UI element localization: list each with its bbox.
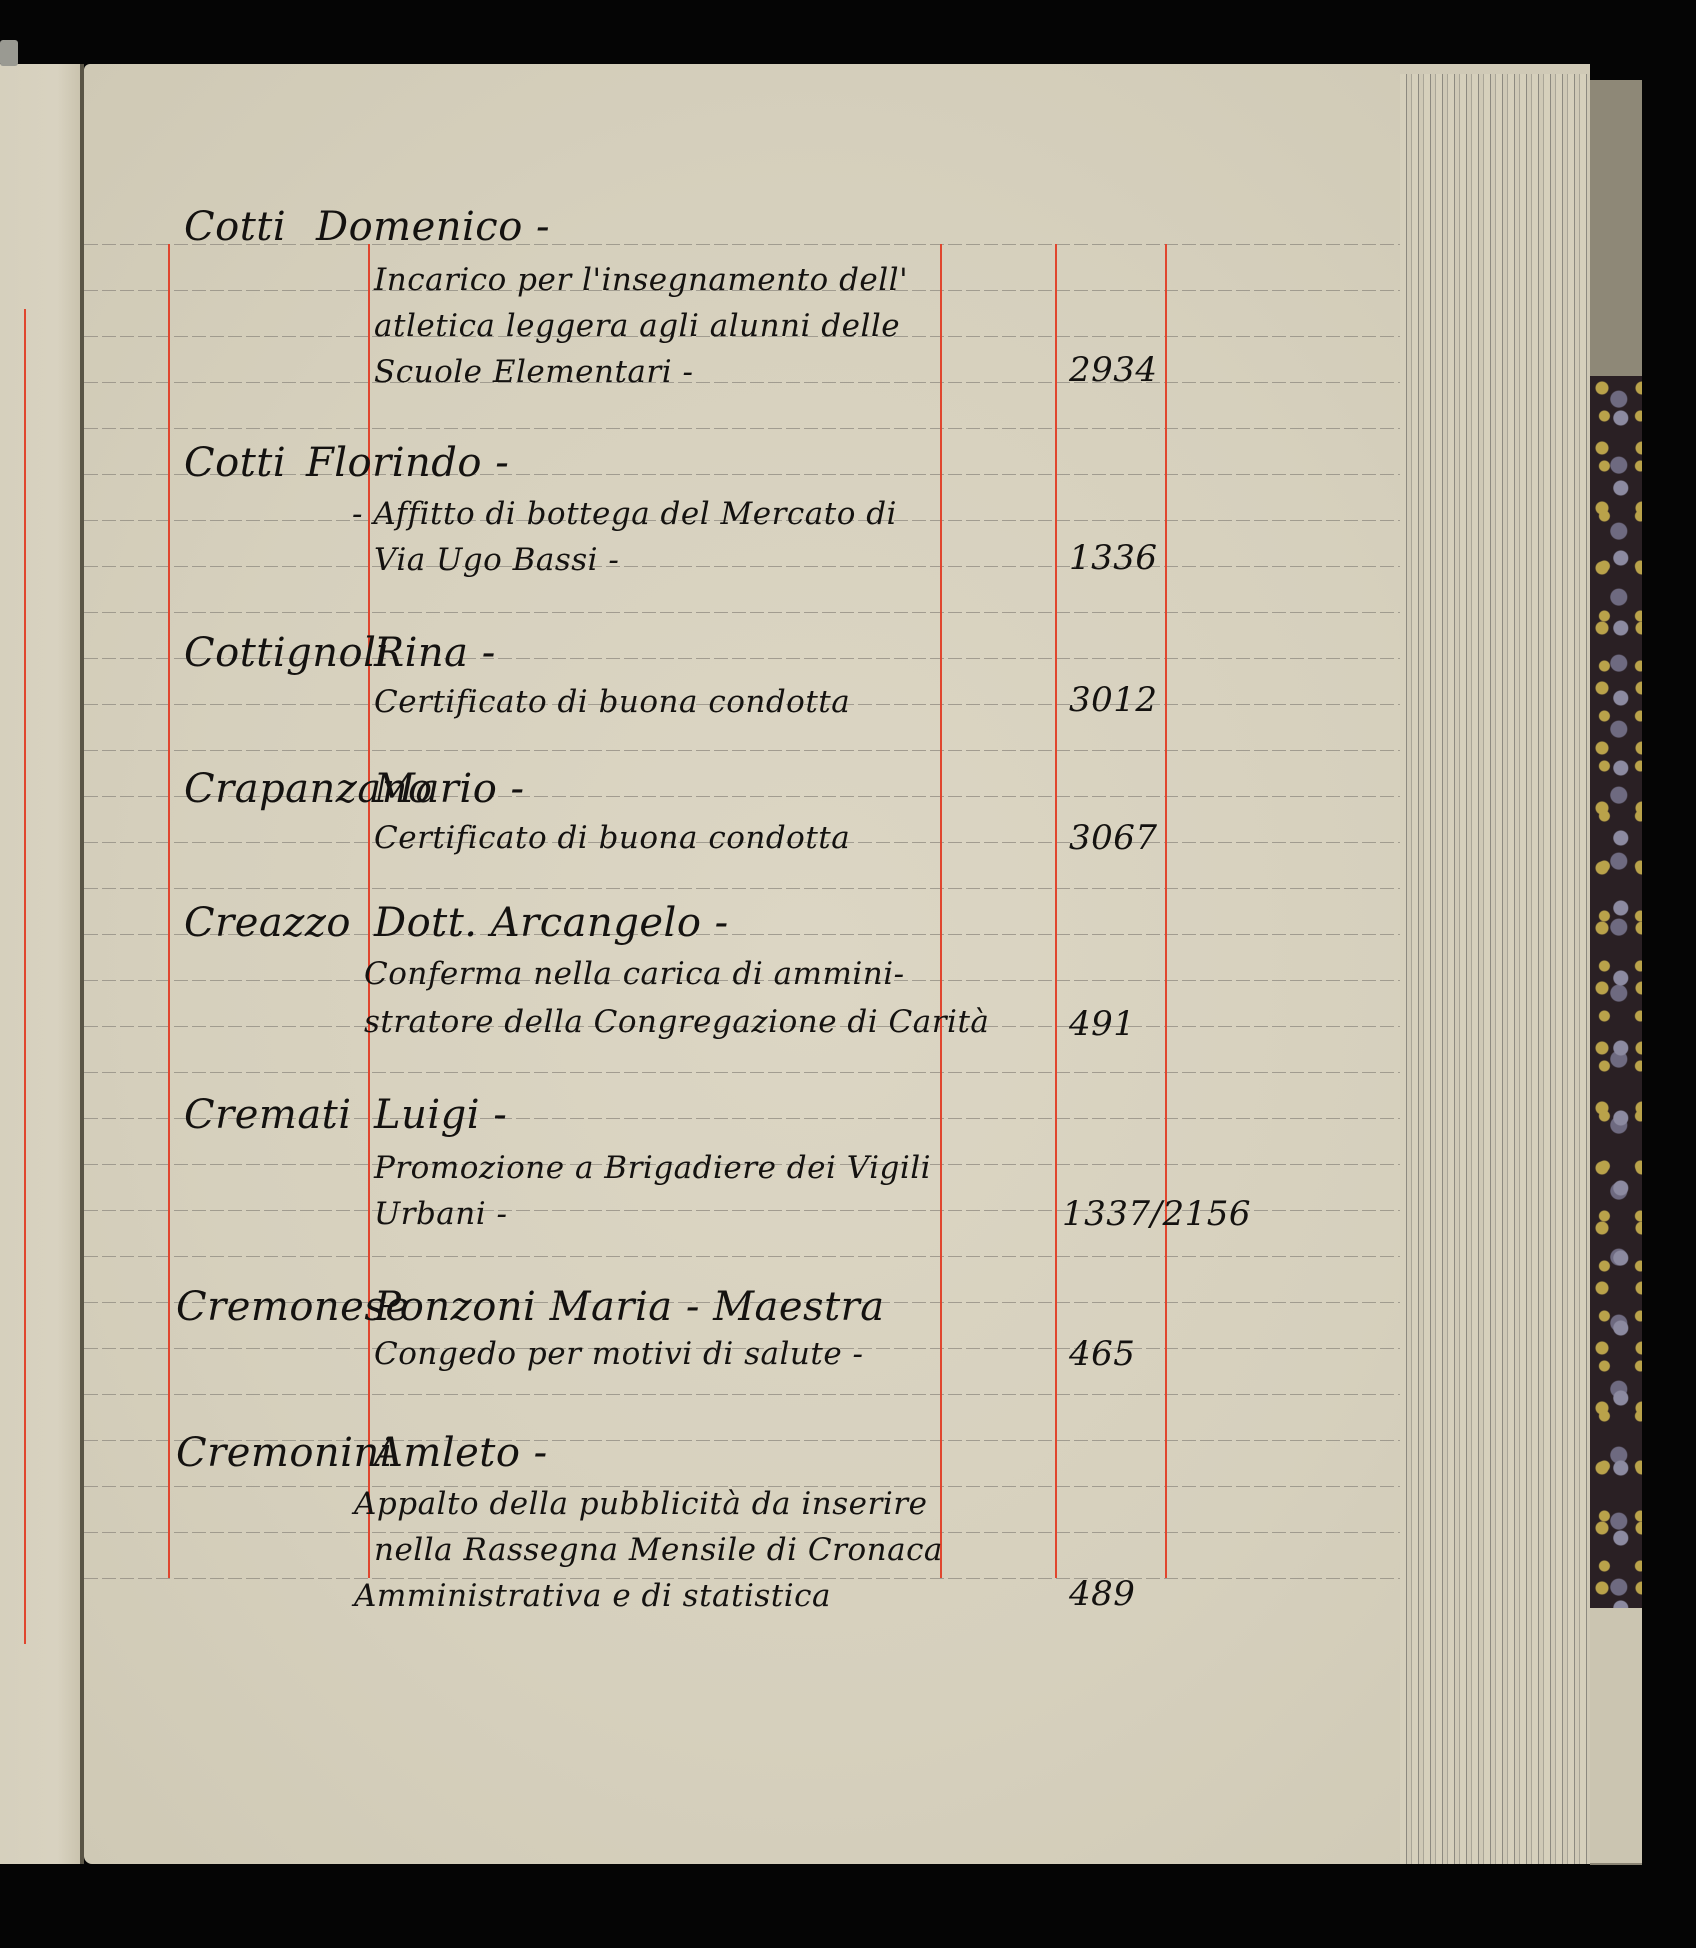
entry-description-line: Amministrativa e di statistica — [354, 1578, 831, 1614]
left-page-red-rule — [24, 309, 26, 1644]
entry-number: 491 — [1069, 1004, 1135, 1044]
entry-description-line: Congedo per motivi di salute - — [374, 1336, 864, 1372]
entry-description-line: Via Ugo Bassi - — [374, 542, 619, 578]
entry-surname: Cremonini — [176, 1430, 393, 1476]
entry-description-line: Scuole Elementari - — [374, 354, 693, 390]
ruled-line — [84, 566, 1400, 567]
entry-given-name: Ponzoni Maria - Maestra — [374, 1284, 885, 1330]
left-page-edge — [0, 64, 82, 1864]
cover-corner-top — [1590, 80, 1642, 376]
entry-surname: Cotti — [184, 440, 286, 486]
entry-surname: Cottignoli — [184, 630, 390, 676]
red-rule-description-end — [940, 244, 942, 1578]
ruled-line — [84, 1256, 1400, 1257]
entry-surname: Cotti — [184, 204, 286, 250]
entry-given-name: Domenico - — [316, 204, 550, 250]
entry-description-line: Conferma nella carica di ammini- — [364, 956, 905, 992]
entry-given-name: Mario - — [374, 766, 525, 812]
entry-number: 3012 — [1069, 680, 1158, 720]
ruled-line — [84, 1394, 1400, 1395]
entry-number: 1336 — [1069, 538, 1158, 578]
cover-corner-bottom — [1590, 1608, 1642, 1863]
entry-description-line: Appalto della pubblicità da inserire — [354, 1486, 927, 1522]
entry-number: 3067 — [1069, 818, 1158, 858]
ruled-line — [84, 888, 1400, 889]
entry-surname: Creazzo — [184, 900, 351, 946]
entry-description-line: Incarico per l'insegnamento dell' — [374, 262, 908, 298]
ruled-line — [84, 382, 1400, 383]
ruled-line — [84, 612, 1400, 613]
red-rule-number-start — [1055, 244, 1057, 1578]
ruled-line — [84, 428, 1400, 429]
entry-description-line: Certificato di buona condotta — [374, 820, 850, 856]
entry-number: 1337/2156 — [1062, 1194, 1251, 1234]
entry-description-line: atletica leggera agli alunni delle — [374, 308, 900, 344]
page-stack-edges — [1400, 74, 1590, 1864]
entry-description-line: Certificato di buona condotta — [374, 684, 850, 720]
marbled-cover-paper — [1590, 376, 1642, 1608]
entry-description-line: stratore della Congregazione di Carità — [364, 1004, 989, 1040]
ruled-line — [84, 750, 1400, 751]
entry-given-name: Rina - — [374, 630, 496, 676]
bookmark-tab — [0, 40, 18, 66]
entry-description-line: Promozione a Brigadiere dei Vigili — [374, 1150, 931, 1186]
entry-description-line: - Affitto di bottega del Mercato di — [352, 496, 897, 532]
entry-surname: Cremati — [184, 1092, 352, 1138]
ledger-page: Cotti Domenico - Incarico per l'insegnam… — [84, 64, 1400, 1864]
entry-given-name: Dott. Arcangelo - — [374, 900, 729, 946]
entry-given-name: Luigi - — [374, 1092, 507, 1138]
ruled-line — [84, 1072, 1400, 1073]
red-rule-margin — [168, 244, 170, 1578]
entry-given-name: Florindo - — [306, 440, 509, 486]
entry-given-name: Amleto - — [374, 1430, 548, 1476]
red-rule-number-end — [1165, 244, 1167, 1578]
entry-number: 489 — [1069, 1574, 1135, 1614]
entry-description-line: Urbani - — [374, 1196, 507, 1232]
entry-description-line: nella Rassegna Mensile di Cronaca — [374, 1532, 943, 1568]
entry-number: 465 — [1069, 1334, 1135, 1374]
entry-number: 2934 — [1069, 350, 1158, 390]
